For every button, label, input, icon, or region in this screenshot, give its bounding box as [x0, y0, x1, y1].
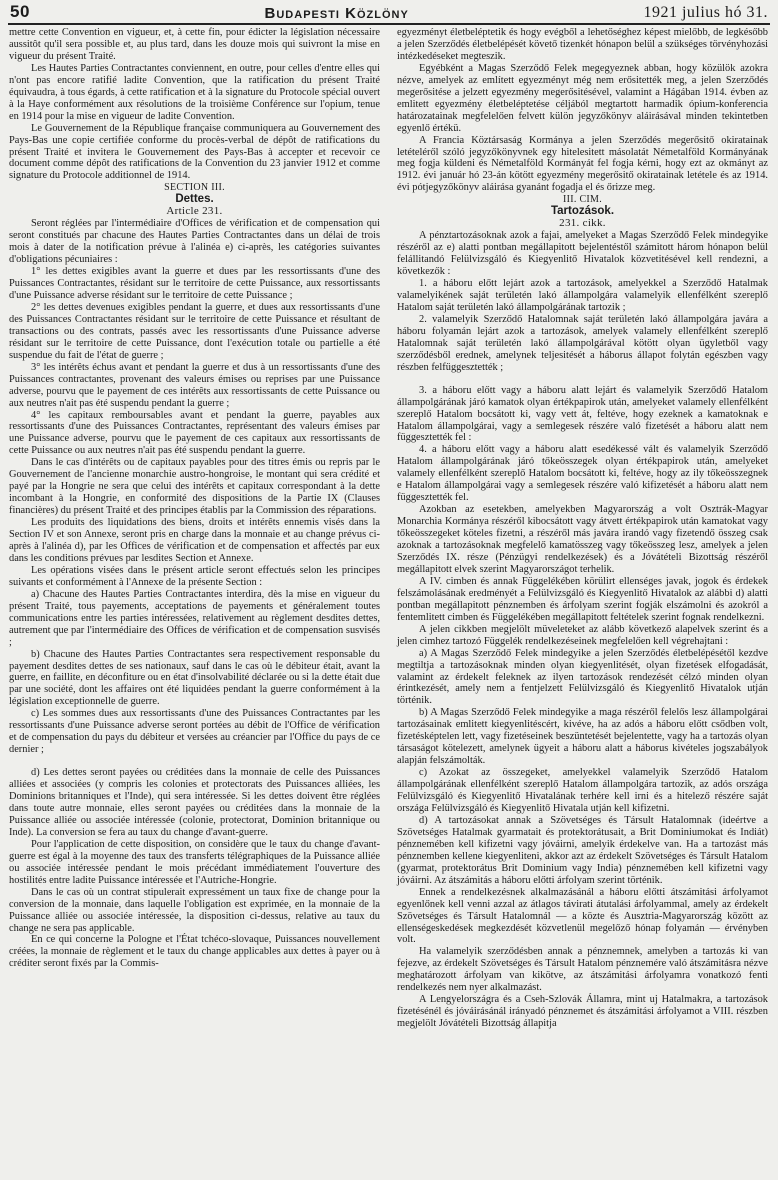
paragraph: d) Les dettes seront payées ou créditées…	[9, 767, 380, 839]
issue-date: 1921 julius hó 31.	[643, 4, 768, 22]
paragraph: a) Chacune des Hautes Parties Contractan…	[9, 589, 380, 649]
paragraph: Dans le cas d'intérêts ou de capitaux pa…	[9, 457, 380, 517]
paragraph: 2° les dettes devenues exigibles pendant…	[9, 302, 380, 362]
paragraph: b) A Magas Szerződő Felek mindegyike a m…	[397, 707, 768, 767]
paragraph: Ha valamelyik szerződésben annak a pénzn…	[397, 946, 768, 994]
paragraph: Les produits des liquidations des biens,…	[9, 517, 380, 565]
article-heading: Article 231.	[9, 206, 380, 218]
paragraph: Azokban az esetekben, amelyekben Magyaro…	[397, 504, 768, 576]
paragraph: 1. a háboru előtt lejárt azok a tartozás…	[397, 278, 768, 314]
paragraph: a) A Magas Szerződő Felek mindegyike a j…	[397, 648, 768, 708]
paragraph: A jelen cikkben megjelölt müveleteket az…	[397, 624, 768, 648]
header-rule	[8, 23, 770, 25]
paragraph: Seront réglées par l'intermédiaire d'Off…	[9, 218, 380, 266]
page-number: 50	[10, 2, 30, 22]
page-header: 50 Budapesti Közlöny 1921 julius hó 31.	[10, 0, 768, 22]
paragraph: Egyébként a Magas Szerződő Felek megegye…	[397, 63, 768, 135]
paragraph: Ennek a rendelkezésnek alkalmazásánál a …	[397, 887, 768, 947]
paragraph: c) Azokat az összegeket, amelyekkel vala…	[397, 767, 768, 815]
paragraph: 3. a háboru előtt vagy a háboru alatt le…	[397, 385, 768, 445]
paragraph: egyezményt életbeléptetik és hogy evégbő…	[397, 27, 768, 63]
paragraph: 3° les intérêts échus avant et pendant l…	[9, 362, 380, 410]
paragraph: Le Gouvernement de la République françai…	[9, 123, 380, 183]
paragraph: A Lengyelországra és a Cseh-Szlovák Álla…	[397, 994, 768, 1030]
paragraph: c) Les sommes dues aux ressortissants d'…	[9, 708, 380, 756]
paragraph: 2. valamelyik Szerződő Hatalomnak saját …	[397, 314, 768, 374]
paragraph: d) A tartozásokat annak a Szövetséges és…	[397, 815, 768, 887]
article-heading: 231. cikk.	[397, 218, 768, 230]
paragraph: Dans le cas où un contrat stipulerait ex…	[9, 887, 380, 935]
paragraph: Les Hautes Parties Contractantes convien…	[9, 63, 380, 123]
paragraph: Les opérations visées dans le présent ar…	[9, 565, 380, 589]
masthead-title: Budapesti Közlöny	[265, 5, 409, 22]
french-text-column: mettre cette Convention en vigueur, et, …	[9, 27, 380, 970]
paragraph: A IV. cimben és annak Függelékében körül…	[397, 576, 768, 624]
paragraph: b) Chacune des Hautes Parties Contractan…	[9, 649, 380, 709]
paragraph: A pénztartozásoknak azok a fajai, amelye…	[397, 230, 768, 278]
paragraph: 4° les capitaux remboursables avant et p…	[9, 410, 380, 458]
hungarian-text-column: egyezményt életbeléptetik és hogy evégbő…	[397, 27, 768, 1030]
paragraph: A Francia Köztársaság Kormánya a jelen S…	[397, 135, 768, 195]
paragraph: 1° les dettes exigibles avant la guerre …	[9, 266, 380, 302]
paragraph: mettre cette Convention en vigueur, et, …	[9, 27, 380, 63]
paragraph: En ce qui concerne la Pologne et l'État …	[9, 934, 380, 970]
paragraph: 4. a háboru előtt vagy a háboru alatt es…	[397, 444, 768, 504]
newspaper-page: 50 Budapesti Közlöny 1921 julius hó 31. …	[0, 0, 778, 1180]
paragraph: Pour l'application de cette disposition,…	[9, 839, 380, 887]
